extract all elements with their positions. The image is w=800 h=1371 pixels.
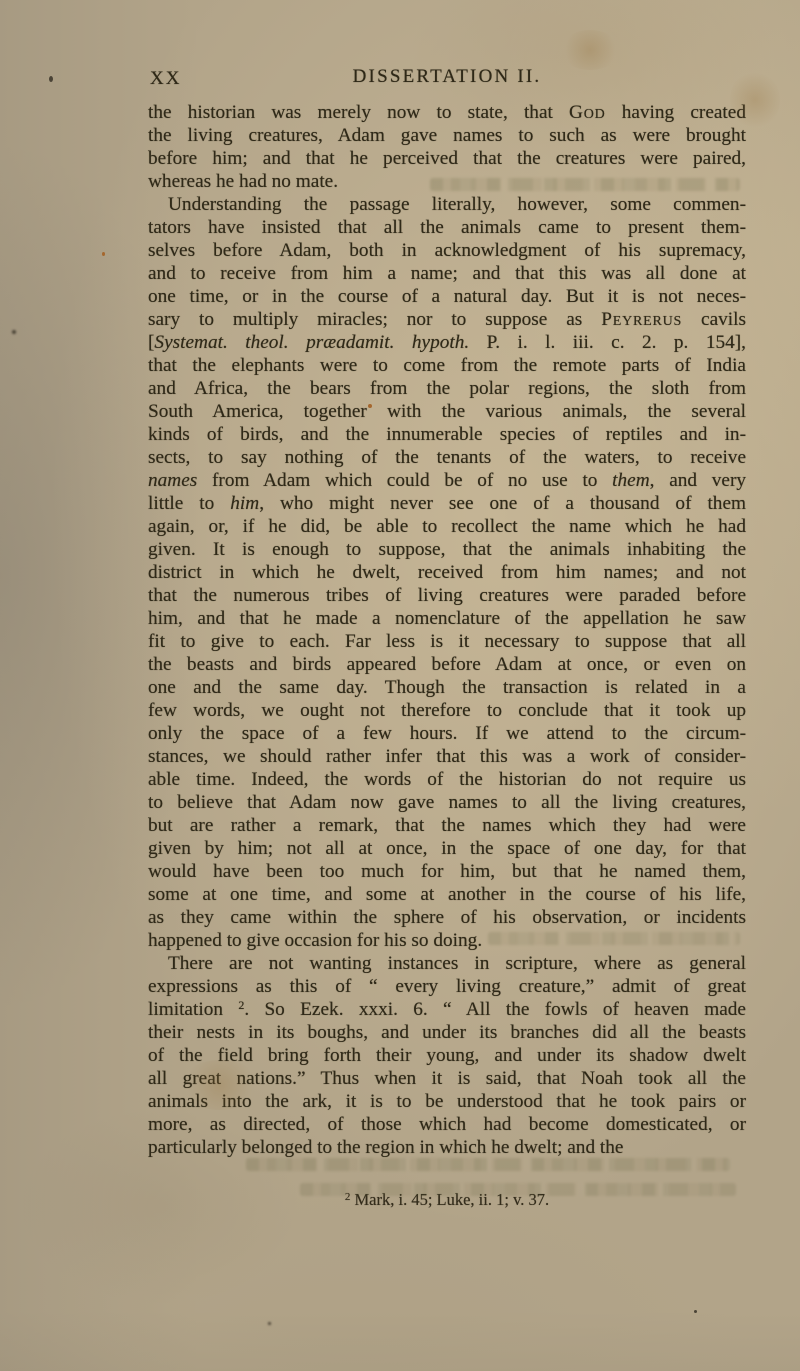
paragraph: Understanding the passage literally, how… — [148, 193, 746, 952]
text-line: more, as directed, of those which had be… — [148, 1113, 746, 1136]
text-line: the living creatures, Adam gave names to… — [148, 124, 746, 147]
paper-speck — [368, 404, 372, 408]
paper-speck — [694, 1310, 697, 1313]
text-line: There are not wanting instances in scrip… — [148, 952, 746, 975]
text-line: district in which he dwelt, received fro… — [148, 561, 746, 584]
text-line: given by him; not all at once, in the sp… — [148, 837, 746, 860]
text-line: that the elephants were to come from the… — [148, 354, 746, 377]
text-line: expressions as this of “ every living cr… — [148, 975, 746, 998]
text-line: sects, to say nothing of the tenants of … — [148, 446, 746, 469]
text-line: stances, we should rather infer that thi… — [148, 745, 746, 768]
text-line: but are rather a remark, that the names … — [148, 814, 746, 837]
text-line: names from Adam which could be of no use… — [148, 469, 746, 492]
paragraph: There are not wanting instances in scrip… — [148, 952, 746, 1159]
text-line: would have been too much for him, but th… — [148, 860, 746, 883]
text-line: little to him, who might never see one o… — [148, 492, 746, 515]
text-line: some at one time, and some at another in… — [148, 883, 746, 906]
text-line: before him; and that he perceived that t… — [148, 147, 746, 170]
show-through-ghost-text — [246, 1158, 730, 1171]
text-line: fit to give to each. Far less is it nece… — [148, 630, 746, 653]
text-line: as they came within the sphere of his ob… — [148, 906, 746, 929]
text-line: again, or, if he did, be able to recolle… — [148, 515, 746, 538]
text-line: few words, we ought not therefore to con… — [148, 699, 746, 722]
paper-speck — [12, 330, 16, 334]
text-line: only the space of a few hours. If we att… — [148, 722, 746, 745]
show-through-ghost-text — [300, 1183, 736, 1196]
text-line: that the numerous tribes of living creat… — [148, 584, 746, 607]
show-through-ghost-text — [430, 178, 740, 191]
text-line: to believe that Adam now gave names to a… — [148, 791, 746, 814]
paper-stain — [560, 30, 620, 70]
text-line: one and the same day. Though the transac… — [148, 676, 746, 699]
text-line: the historian was merely now to state, t… — [148, 101, 746, 124]
text-line: selves before Adam, both in acknowledgme… — [148, 239, 746, 262]
text-line: sary to multiply miracles; nor to suppos… — [148, 308, 746, 331]
text-line: kinds of birds, and the innumerable spec… — [148, 423, 746, 446]
text-line: South America, together with the various… — [148, 400, 746, 423]
text-line: him, and that he made a nomenclature of … — [148, 607, 746, 630]
body-text: the historian was merely now to state, t… — [148, 101, 746, 1159]
text-line: particularly belonged to the region in w… — [148, 1136, 746, 1159]
text-line: tators have insisted that all the animal… — [148, 216, 746, 239]
text-line: one time, or in the course of a natural … — [148, 285, 746, 308]
text-line: and to receive from him a name; and that… — [148, 262, 746, 285]
show-through-ghost-text — [488, 932, 740, 945]
paper-speck — [268, 1322, 271, 1325]
paper-speck — [102, 252, 105, 256]
paper-speck — [49, 76, 53, 82]
paper-stain — [180, 1060, 260, 1110]
text-line: [Systemat. theol. præadamit. hypoth. P. … — [148, 331, 746, 354]
page-header: XX DISSERTATION II. — [148, 66, 746, 92]
text-line: the beasts and birds appeared before Ada… — [148, 653, 746, 676]
text-line: Understanding the passage literally, how… — [148, 193, 746, 216]
text-line: their nests in its boughs, and under its… — [148, 1021, 746, 1044]
text-line: given. It is enough to suppose, that the… — [148, 538, 746, 561]
book-page-scan: XX DISSERTATION II. the historian was me… — [0, 0, 800, 1371]
text-line: limitation 2. So Ezek. xxxi. 6. “ All th… — [148, 998, 746, 1021]
running-title: DISSERTATION II. — [148, 66, 746, 88]
text-line: able time. Indeed, the words of the hist… — [148, 768, 746, 791]
text-line: and Africa, the bears from the polar reg… — [148, 377, 746, 400]
paper-stain — [730, 70, 780, 130]
